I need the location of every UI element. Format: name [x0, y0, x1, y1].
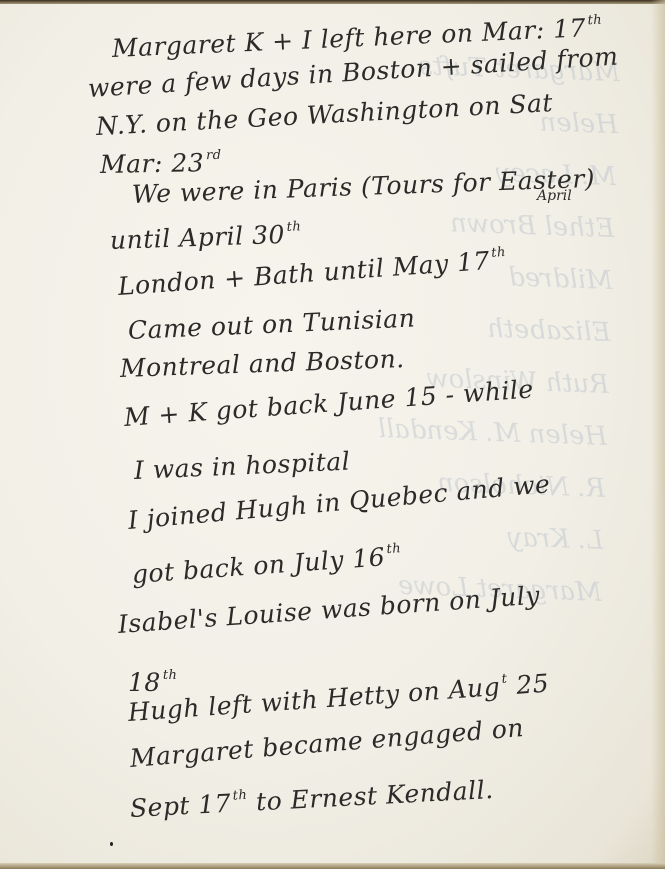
handwritten-line: London + Bath until May 17th — [117, 245, 507, 301]
handwritten-line: 18th — [128, 668, 177, 697]
handwritten-line: I was in hospital — [133, 447, 350, 485]
handwritten-line: Isabel's Louise was born on July — [117, 581, 541, 639]
handwritten-line: until April 30th — [109, 219, 301, 255]
page-right-edge — [651, 0, 665, 869]
handwritten-line: got back on July 16th — [131, 541, 403, 589]
handwritten-line: Came out on Tunisian — [127, 303, 415, 345]
ink-dot — [110, 842, 113, 846]
handwritten-line: Montreal and Boston. — [119, 344, 405, 383]
marginal-note: April — [537, 188, 572, 204]
handwritten-line: M + K got back June 15 - while — [123, 374, 535, 432]
handwritten-line: Sept 17th to Ernest Kendall. — [129, 775, 494, 823]
page-bottom-edge — [0, 863, 665, 869]
page-top-edge — [0, 0, 665, 4]
journal-page: Margaret Tufts Helen M. Lacey Ethel Brow… — [0, 0, 665, 869]
handwritten-line: Mar: 23rd — [100, 148, 222, 179]
